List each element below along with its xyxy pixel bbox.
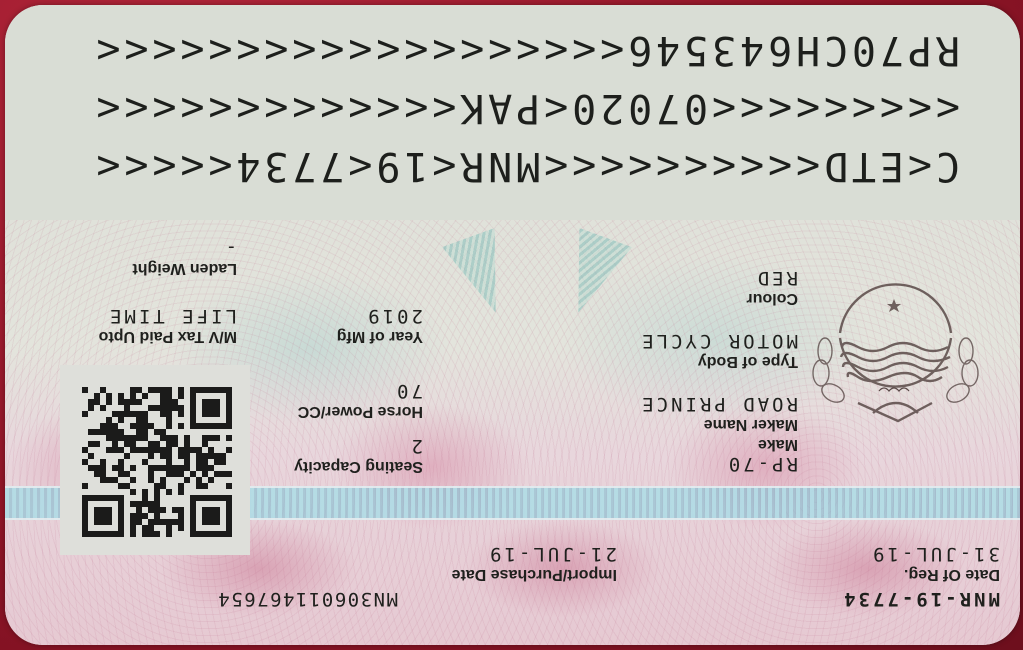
date-of-reg-value: 31-JUL-19 [870,543,1000,565]
mrz-zone: C<ETD<<<<<<<<<<MNR<19<7734<<<<< <<<<<<<<… [5,5,1020,220]
seating-capacity-label: Seating Capacity [294,457,423,475]
qr-code [82,387,232,537]
chassis-number: MN306011467654 [217,588,398,610]
field-maker-name: Maker Name ROAD PRINCE [639,393,798,433]
mrz-line-3: RP70CH643546<<<<<<<<<<<<<<<<<<< [5,30,1020,70]
maker-name-value: ROAD PRINCE [639,393,798,415]
colour-value: RED [746,267,798,289]
mv-tax-paid-upto-label: M/V Tax Paid Upto [99,327,237,345]
field-date-of-reg: Date Of Reg. 31-JUL-19 [870,543,1000,583]
type-of-body-label: Type of Body [639,352,798,370]
seating-capacity-value: 2 [294,435,423,457]
date-of-reg-label: Date Of Reg. [870,565,1000,583]
field-import-purchase-date: Import/Purchase Date 21-JUL-19 [452,543,617,583]
field-make: RP-70 Make [726,435,798,475]
field-horse-power: Horse Power/CC 70 [298,380,423,420]
make-value: RP-70 [726,453,798,475]
laden-weight-value: - [132,237,237,259]
field-colour: Colour RED [746,267,798,307]
emblem-icon [803,268,988,433]
type-of-body-value: MOTOR CYCLE [639,330,798,352]
mv-tax-paid-upto-value: LIFE TIME [99,305,237,327]
registration-number: MNR-19-7734 [841,588,1000,610]
field-year-of-mfg: Year of Mfg 2019 [337,305,423,345]
maker-name-label: Maker Name [639,415,798,433]
horse-power-value: 70 [298,380,423,402]
mrz-line-1: C<ETD<<<<<<<<<<MNR<19<7734<<<<< [5,146,1020,186]
horse-power-label: Horse Power/CC [298,402,423,420]
colour-label: Colour [746,289,798,307]
field-mv-tax-paid-upto: M/V Tax Paid Upto LIFE TIME [99,305,237,345]
laden-weight-label: Laden Weight [132,259,237,277]
qr-code-panel [60,365,250,555]
year-of-mfg-label: Year of Mfg [337,327,423,345]
year-of-mfg-value: 2019 [337,305,423,327]
field-laden-weight: Laden Weight - [132,237,237,277]
field-type-of-body: Type of Body MOTOR CYCLE [639,330,798,370]
import-purchase-date-label: Import/Purchase Date [452,565,617,583]
registration-card: MNR-19-7734 MN306011467654 Date Of Reg. … [5,5,1020,645]
import-purchase-date-value: 21-JUL-19 [452,543,617,565]
make-label: Make [726,435,798,453]
mrz-line-2: <<<<<<<<<07020<PAK<<<<<<<<<<<<< [5,88,1020,128]
field-seating-capacity: Seating Capacity 2 [294,435,423,475]
